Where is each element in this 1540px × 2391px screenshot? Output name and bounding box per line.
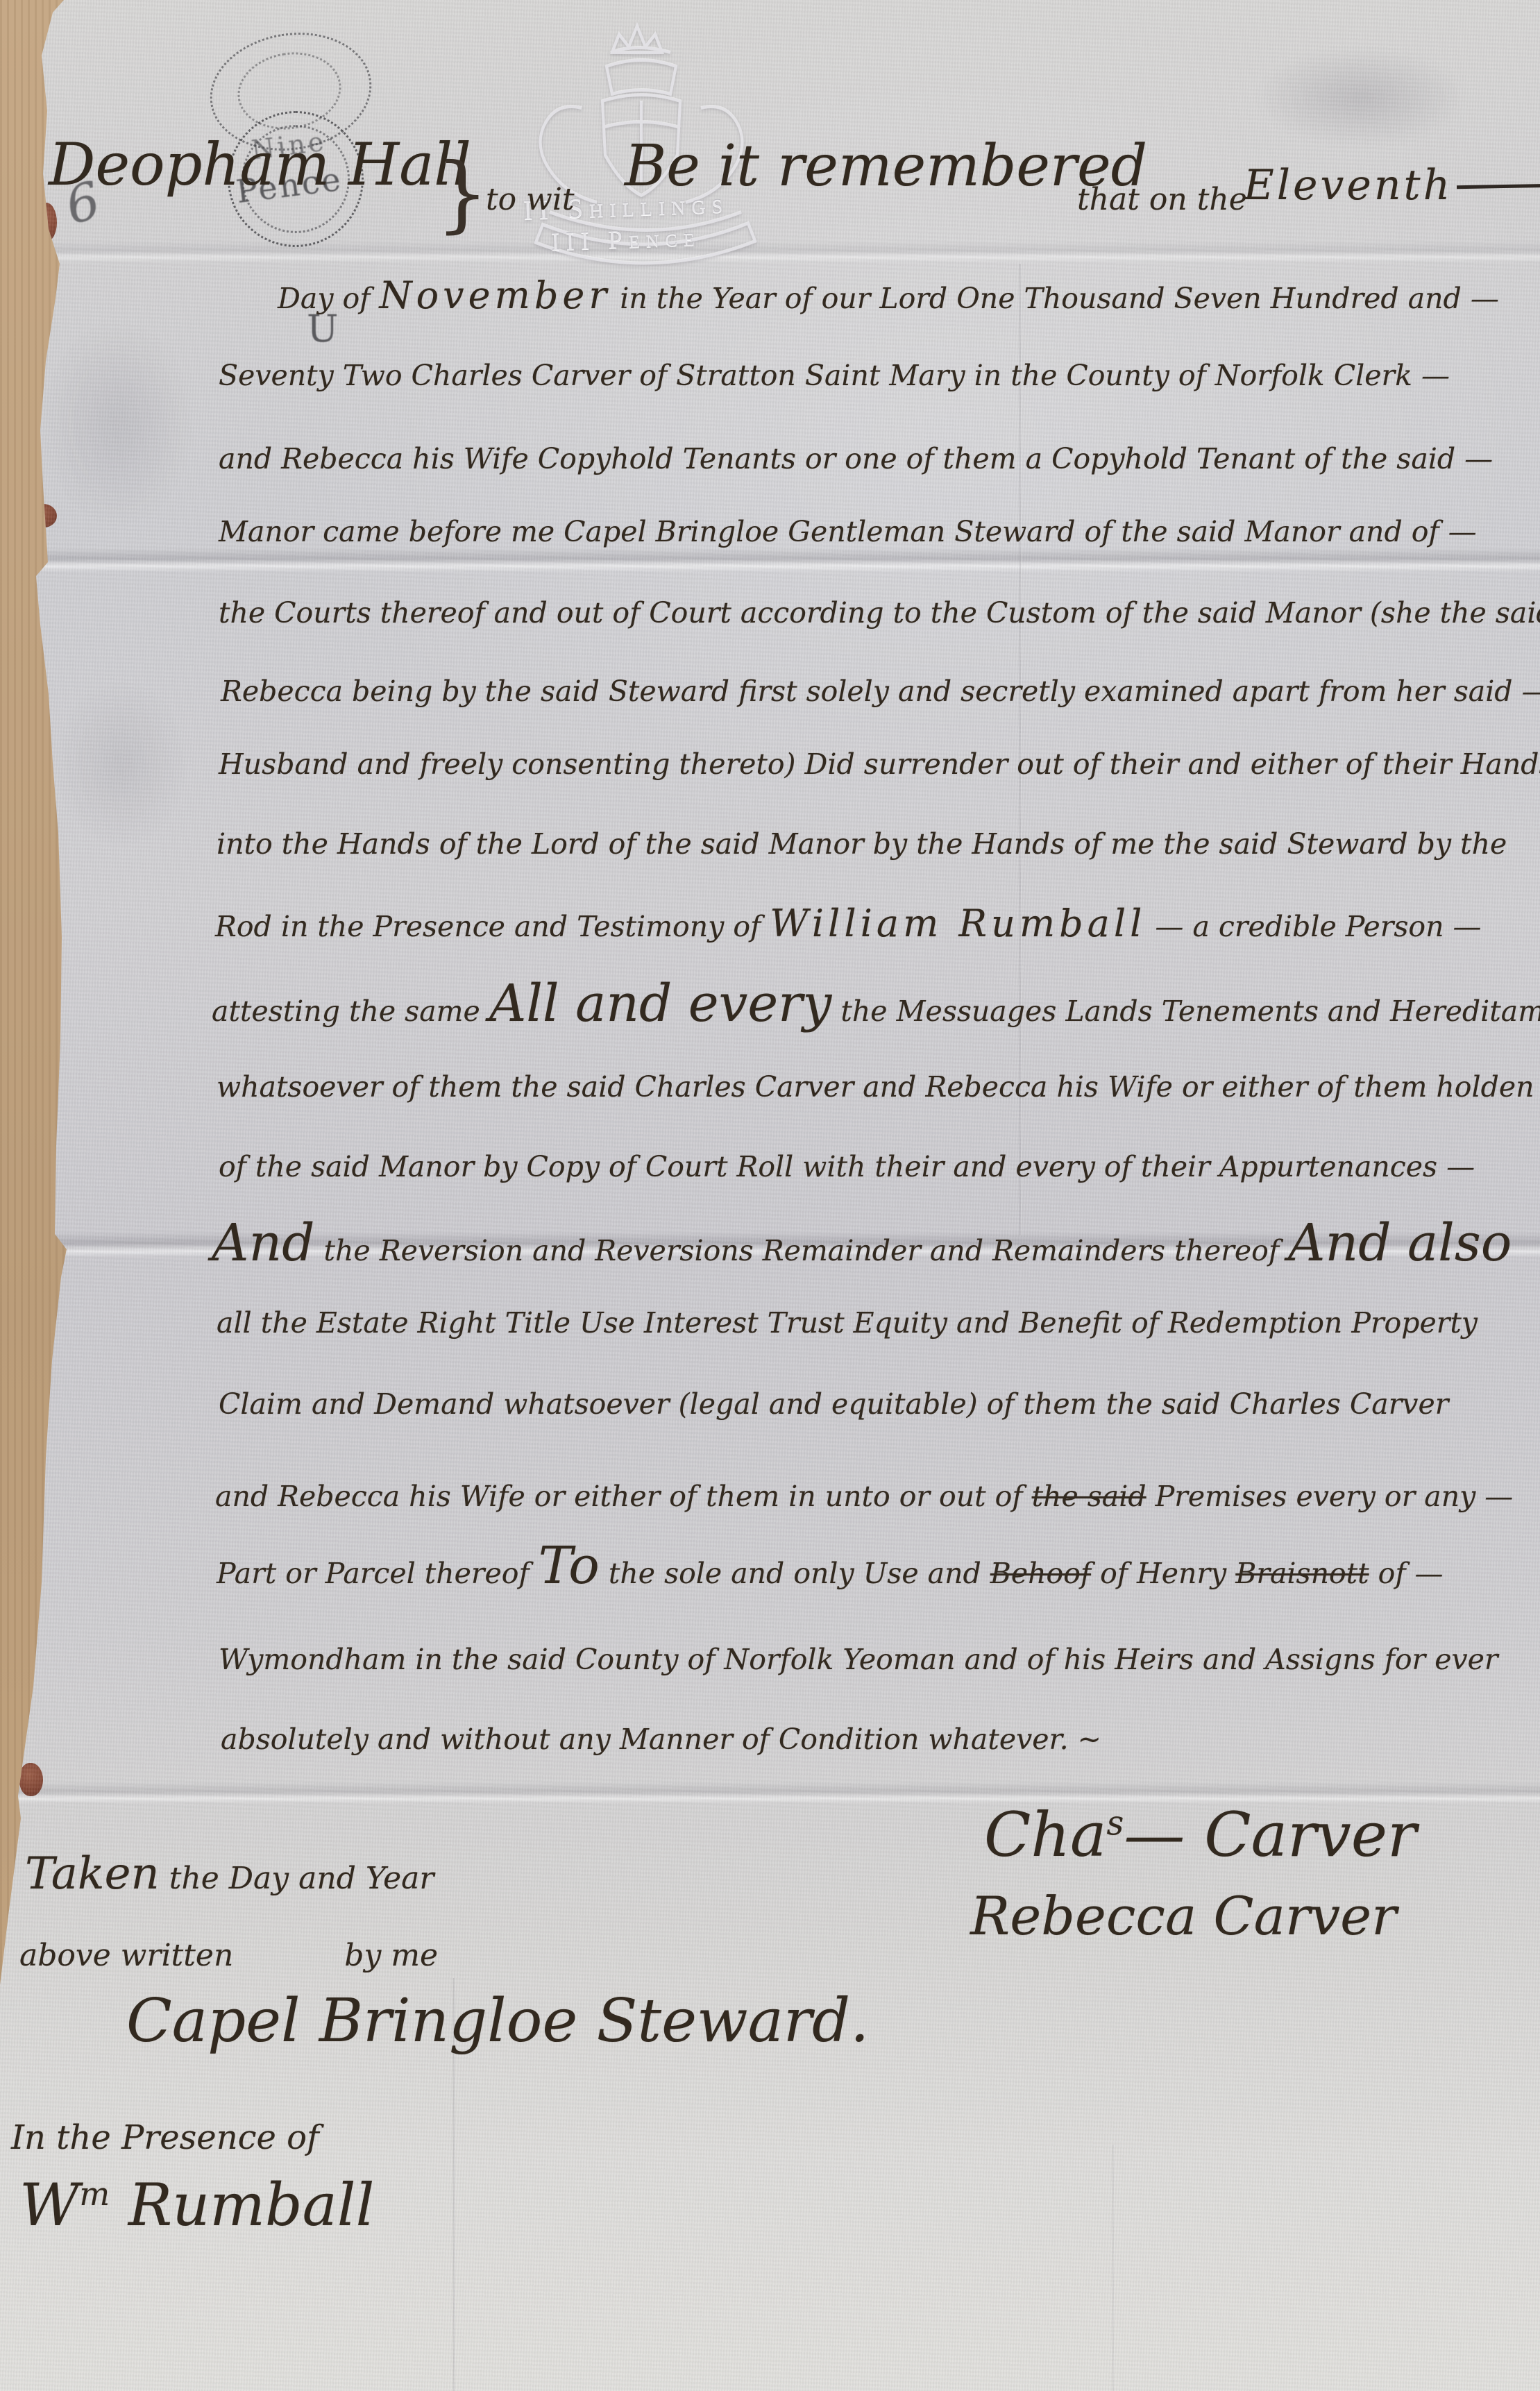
pen-flourish (1457, 184, 1540, 189)
document-line-14: And the Reversion and Reversions Remaind… (212, 1225, 1512, 1269)
text-segment: William Rumball (770, 902, 1146, 945)
day-word-text: Eleventh (1244, 161, 1453, 210)
above-written-text: above written (19, 1938, 233, 1973)
text-segment: all the Estate Right Title Use Interest … (217, 1306, 1478, 1340)
opening-formula: Be it remembered (625, 133, 1147, 199)
signature-superscript: s (1106, 1805, 1124, 1843)
document-line-4: and Rebecca his Wife Copyhold Tenants or… (219, 441, 1493, 477)
document-line-6: the Courts thereof and out of Court acco… (219, 595, 1540, 631)
text-segment: and Rebecca his Wife Copyhold Tenants or… (219, 442, 1493, 475)
text-segment: Part or Parcel thereof (217, 1557, 539, 1590)
document-line-18: Part or Parcel thereof To the sole and o… (217, 1548, 1444, 1591)
that-on-the-text: that on the (1077, 182, 1247, 217)
text-segment: Rebecca being by the said Steward first … (221, 675, 1540, 708)
by-me-text: by me (344, 1938, 438, 1973)
document-line-3: Seventy Two Charles Carver of Stratton S… (219, 357, 1450, 394)
document-line-7: Rebecca being by the said Steward first … (221, 673, 1540, 709)
text-segment: Premises every or any — (1146, 1480, 1514, 1513)
text-segment: the sole and only Use and (600, 1557, 990, 1590)
signature-charles-carver: Chas— Carver (984, 1799, 1416, 1870)
text-segment: in the Year of our Lord One Thousand Sev… (611, 282, 1499, 315)
taken-word: Taken (25, 1848, 160, 1900)
document-line-19: Wymondham in the said County of Norfolk … (219, 1641, 1498, 1678)
text-segment: absolutely and without any Manner of Con… (221, 1723, 1101, 1756)
document-line-9: into the Hands of the Lord of the said M… (217, 826, 1507, 862)
document-line-12: whatsoever of them the said Charles Carv… (217, 1069, 1534, 1105)
text-segment: Husband and freely consenting thereto) D… (219, 747, 1540, 781)
text-segment: Claim and Demand whatsoever (legal and e… (219, 1387, 1448, 1421)
document-paper: II Shillings III Pence Nine Pence 6 U De… (0, 0, 1540, 2391)
document-line-5: Manor came before me Capel Bringloe Gent… (219, 514, 1477, 550)
day-word: Eleventh (1244, 161, 1540, 210)
text-segment: To (539, 1536, 600, 1596)
text-segment: the Messuages Lands Tenements and Heredi… (831, 995, 1540, 1028)
text-segment: the Courts thereof and out of Court acco… (219, 596, 1540, 630)
document-line-17: and Rebecca his Wife or either of them i… (215, 1478, 1513, 1514)
text-segment: and Rebecca his Wife or either of them i… (215, 1480, 1032, 1513)
document-line-16: Claim and Demand whatsoever (legal and e… (219, 1386, 1448, 1422)
signature-text: — Carver (1124, 1799, 1416, 1870)
signature-text: W (19, 2171, 79, 2239)
presence-clause: In the Presence of (11, 2118, 319, 2157)
above-written-clause: above writtenby me (19, 1938, 438, 1973)
text-segment: into the Hands of the Lord of the said M… (217, 827, 1507, 861)
text-segment: Day of (278, 282, 379, 315)
signature-capel-bringloe-steward: Capel Bringloe Steward. (126, 1986, 869, 2056)
text-segment: Behoof (990, 1557, 1091, 1590)
signature-superscript: m (79, 2175, 110, 2213)
to-wit-label: to wit (486, 182, 575, 217)
text-segment: Wymondham in the said County of Norfolk … (219, 1643, 1498, 1676)
to-wit-bracket: } (436, 146, 489, 242)
document-line-8: Husband and freely consenting thereto) D… (219, 746, 1540, 782)
document-line-15: all the Estate Right Title Use Interest … (217, 1305, 1478, 1341)
photograph-of-manuscript-deed: II Shillings III Pence Nine Pence 6 U De… (0, 0, 1540, 2391)
text-segment: And also (1288, 1213, 1512, 1273)
text-segment: All and every (489, 974, 832, 1033)
document-line-10: Rod in the Presence and Testimony of Wil… (215, 906, 1482, 945)
signature-wm-rumball: Wm Rumball (19, 2171, 374, 2239)
text-segment: And (212, 1213, 314, 1273)
manor-name: Deopham Hall (49, 130, 471, 198)
signature-rebecca-carver: Rebecca Carver (970, 1885, 1396, 1947)
text-segment: — a credible Person — (1146, 910, 1481, 943)
taken-rest: the Day and Year (160, 1861, 434, 1896)
document-line-2: Day of November in the Year of our Lord … (278, 278, 1499, 316)
text-segment: November (379, 273, 611, 317)
document-line-20: absolutely and without any Manner of Con… (221, 1721, 1101, 1757)
text-segment: Rod in the Presence and Testimony of (215, 910, 770, 943)
text-segment: attesting the same (212, 995, 489, 1028)
document-line-11: attesting the same All and every the Mes… (212, 986, 1540, 1029)
document-line-13: of the said Manor by Copy of Court Roll … (219, 1149, 1475, 1185)
taken-clause: Taken the Day and Year (25, 1848, 434, 1905)
signature-text: Rumball (110, 2171, 374, 2239)
text-segment: of the said Manor by Copy of Court Roll … (219, 1150, 1475, 1183)
text-segment: Braisnott (1235, 1557, 1369, 1590)
text-segment: of — (1369, 1557, 1444, 1590)
text-segment: Manor came before me Capel Bringloe Gent… (219, 515, 1477, 548)
signature-text: Cha (984, 1799, 1106, 1870)
text-segment: the Reversion and Reversions Remainder a… (314, 1234, 1288, 1267)
text-segment: the said (1032, 1480, 1146, 1513)
text-segment: whatsoever of them the said Charles Carv… (217, 1070, 1534, 1104)
text-segment: of Henry (1091, 1557, 1235, 1590)
text-segment: Seventy Two Charles Carver of Stratton S… (219, 359, 1450, 392)
